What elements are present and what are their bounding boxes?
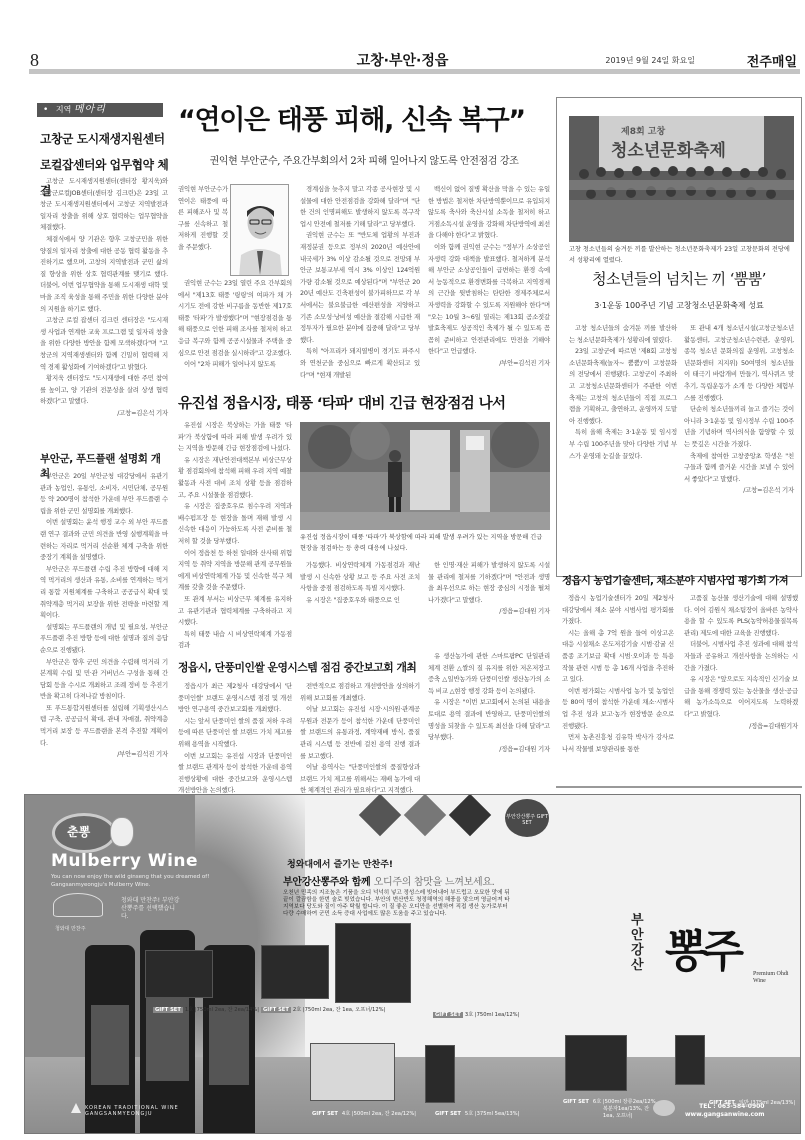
article-body: 또 관내 4개 청소년시설(고창군청소년활동센터, 고창군청소년수련관, 운영위…: [684, 323, 794, 497]
header-rule: [29, 69, 800, 74]
article-body: 고창 청소년들의 숨겨둔 끼를 발산하는 청소년문화축제가 성황리에 열렸다. …: [569, 323, 677, 462]
article-body: 권익현 부안군수가 연이은 태풍에 따른 피해조사 및 복구를 신속하고 철저하…: [178, 184, 228, 254]
article-body: 가동했다. 비상연락체계 가동점검과 재난 발생 시 신속한 상황 보고 등 주…: [300, 560, 420, 606]
ad-description: 오천년 민족의 지조높은 기품을 오디 넉넉히 넣고 정성스레 빚어내어 부드럽…: [283, 890, 513, 918]
website-link[interactable]: www.gangsanwine.com: [685, 1111, 764, 1119]
mulberry-icon: [359, 794, 401, 836]
seal-text: 청와대 만찬주! 부안강산뽕주를 선택했습니다.: [121, 897, 181, 921]
phone-number: TEL : 063-584-0900: [685, 1103, 764, 1111]
brand-name: KOREAN TRADITIONAL WINE GANGSANMYEONGJU: [85, 1105, 179, 1117]
logo-text: 춘뽕: [67, 823, 90, 840]
inspection-photo: [300, 422, 550, 530]
article-body: 고창군 도시재생지원센터(센터장 황지욱)와 고창군로컬JOB센터(센터장 김크…: [40, 176, 168, 419]
feature-subheadline: 3·1운동 100주년 기념 고창청소년문화축제 성료: [556, 300, 802, 311]
portrait-photo: [230, 184, 289, 276]
byline: /부안=김석진 기자: [428, 358, 550, 370]
mulberry-icon: [449, 794, 491, 836]
article-headline: 정읍시 농업기술센터, 채소분야 시범사업 평가회 가져: [562, 572, 802, 587]
gift-set-label: GIFT SET6호 |500ml 장류2ea/12%, 복분자1ea/13%,…: [561, 1099, 659, 1120]
ad-headline: 청와대에서 즐기는 만찬주!: [287, 857, 393, 870]
ad-subheadline: 부안강산뽕주와 함께 오디주의 참맛을 느껴보세요.: [283, 873, 495, 888]
byline: /정읍=김대원 기자: [428, 744, 550, 756]
premium-label: Premium Ohdi Wine: [753, 971, 800, 985]
gift-box-5: [425, 1045, 455, 1103]
newspaper-name: 전주매일: [747, 51, 797, 70]
main-headline: “연이은 태풍 피해, 신속 복구”: [178, 98, 550, 137]
feature-headline: 청소년들의 넘치는 끼 ‘뿜뿜’: [556, 268, 802, 289]
photo-scene-icon: [300, 422, 550, 530]
bullet-icon: •: [43, 105, 48, 115]
gift-set-label: GIFT SET5호 |375ml 5ea/13%|: [433, 1110, 519, 1117]
gift-box-7: [675, 1035, 705, 1085]
blue-house-seal-icon: [53, 893, 103, 917]
tag-name: 메아리: [74, 104, 106, 115]
byline: /고창=김은석 기자: [684, 485, 794, 497]
photo-caption: 고창 청소년들의 숨겨둔 끼를 발산하는 청소년문화축제가 23일 고창문화의 …: [569, 244, 794, 266]
article-body: 백신이 없어 질병 확산을 막을 수 있는 유일한 방법은 철저한 차단방역뿐이…: [428, 184, 550, 370]
calligraphy-logo: 뽕주: [665, 915, 738, 979]
article-body: 한 인명·재산 피해가 발생하지 않도록 시설물 관리에 철저를 기하겠다"며 …: [428, 560, 550, 618]
gift-box-1: [145, 950, 213, 998]
article-body: 부안군은 20일 부안군청 대강당에서 유관기관과 농업인, 유통인, 소비자,…: [40, 471, 168, 761]
byline: /고창=김은석 기자: [40, 408, 168, 420]
seal-caption: 청와대 만찬주: [55, 925, 86, 932]
article-headline: 유진섭 정읍시장, 태풍 ‘타파’ 대비 긴급 현장점검 나서: [178, 392, 550, 413]
festival-photo: 제8회 고창 청소년문화축제: [569, 116, 794, 242]
divider: [556, 786, 802, 788]
byline: /부안=김석진 기자: [40, 749, 168, 761]
photo-caption: 유진섭 정읍시장이 태풍 '타파'가 북상함에 따라 피해 발생 우려가 있는 …: [300, 532, 550, 554]
gift-box-4: [310, 1043, 395, 1101]
byline: /정읍=김대원 기자: [428, 606, 550, 618]
contact-info: TEL : 063-584-0900 www.gangsanwine.com: [685, 1103, 764, 1119]
article-body: 전반적으로 점검하고 개선방안을 상의하기 위해 보고회를 개최했다. 이날 보…: [300, 681, 420, 809]
mascot-icon: [110, 817, 134, 847]
svg-text:청소년문화축제: 청소년문화축제: [611, 140, 726, 161]
gift-box-2: [261, 945, 329, 999]
region-column-tag: • 지역 메아리: [37, 103, 163, 117]
article-body: 권익현 군수는 23일 열린 주요 간부회의에서 "제13호 태풍 '링링'의 …: [178, 278, 292, 371]
gift-set-label: GIFT SET3호 |750ml 1ea/12%|: [433, 1011, 519, 1018]
gift-set-label: GIFT SET2호 |750ml 2ea, 잔 1ea, 오프너/12%|: [261, 1006, 385, 1013]
ad-title: Mulberry Wine: [51, 851, 198, 871]
gift-box-3: [335, 923, 411, 1003]
wine-advertisement: 춘뽕 Mulberry Wine You can now enjoy the w…: [24, 794, 801, 1134]
article-body: 고품질 농산물 생산기술에 대해 설명했다. 이어 김원식 채소팀장이 올바른 …: [684, 593, 798, 732]
main-subheadline: 권익현 부안군수, 주요간부회의서 2차 피해 일어나지 않도록 안전점검 강조: [178, 152, 550, 167]
gift-set-label: GIFT SET1호 |750ml 2ea, 잔 2ea/14%|: [153, 1006, 259, 1013]
issue-date: 2019년 9월 24일 화요일: [605, 55, 695, 66]
article-body: 유 생산농가에 관한 스마트팜PC 단일관리체계 전환 △쌀의 질 유지를 위한…: [428, 651, 550, 755]
gift-set-badge: 부안강산뽕주 GIFT SET: [505, 799, 549, 837]
tag-prefix: 지역: [56, 105, 71, 114]
mulberry-icon: [404, 794, 446, 836]
person-portrait-icon: [231, 185, 289, 276]
article-body: 경계심을 늦추지 말고 각종 공사현장 및 시설물에 대한 안전점검을 강화해 …: [300, 184, 420, 381]
article-body: 정읍시 농업기술센터가 20일 제2청사 대강당에서 채소 분야 시범사업 평가…: [562, 593, 674, 755]
article-headline: 정읍시, 단풍미인쌀 운영시스템 점검 중간보고회 개최: [178, 660, 418, 675]
article-body: 유진섭 시장은 북상하는 가을 태풍 '타파'가 북상함에 따라 피해 발생 우…: [178, 420, 292, 652]
group-photo-icon: 제8회 고창 청소년문화축제: [569, 116, 794, 242]
gift-set-label: GIFT SET4호 |500ml 2ea, 잔 2ea/12%|: [310, 1110, 416, 1117]
company-logo-icon: [653, 1100, 675, 1116]
calligraphy-vertical: 부안강산: [631, 913, 647, 973]
svg-text:제8회 고창: 제8회 고창: [621, 125, 665, 137]
gift-box-6: [565, 1035, 627, 1091]
ad-tagline: You can now enjoy the wild ginseng that …: [51, 873, 271, 889]
byline: /정읍=김대원기자: [684, 721, 798, 733]
